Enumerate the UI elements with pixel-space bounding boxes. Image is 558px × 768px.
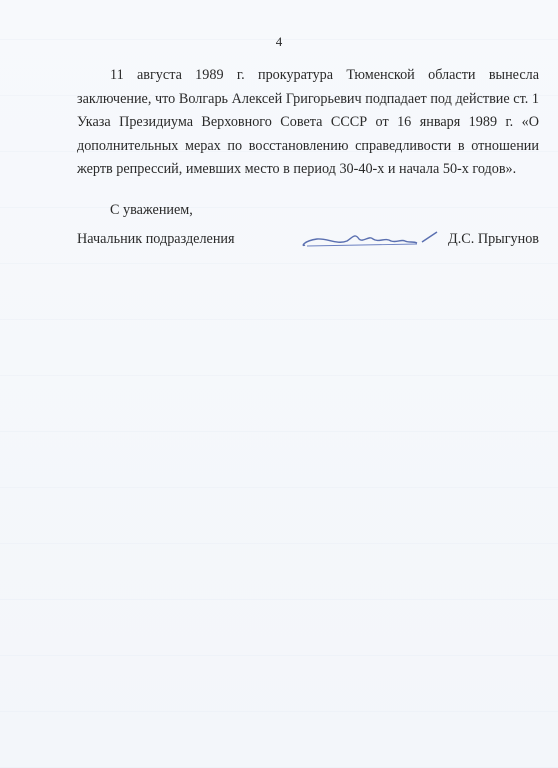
signer-position: Начальник подразделения <box>77 231 235 248</box>
signature-block: Начальник подразделения Д.С. Прыгунов <box>77 231 539 253</box>
signature-icon <box>297 223 442 253</box>
closing-greeting: С уважением, <box>110 202 193 219</box>
signer-name: Д.С. Прыгунов <box>448 231 539 248</box>
page-number: 4 <box>0 34 558 50</box>
document-page: 4 11 августа 1989 г. прокуратура Тюменск… <box>0 0 558 768</box>
body-paragraph: 11 августа 1989 г. прокуратура Тюменской… <box>77 64 539 182</box>
